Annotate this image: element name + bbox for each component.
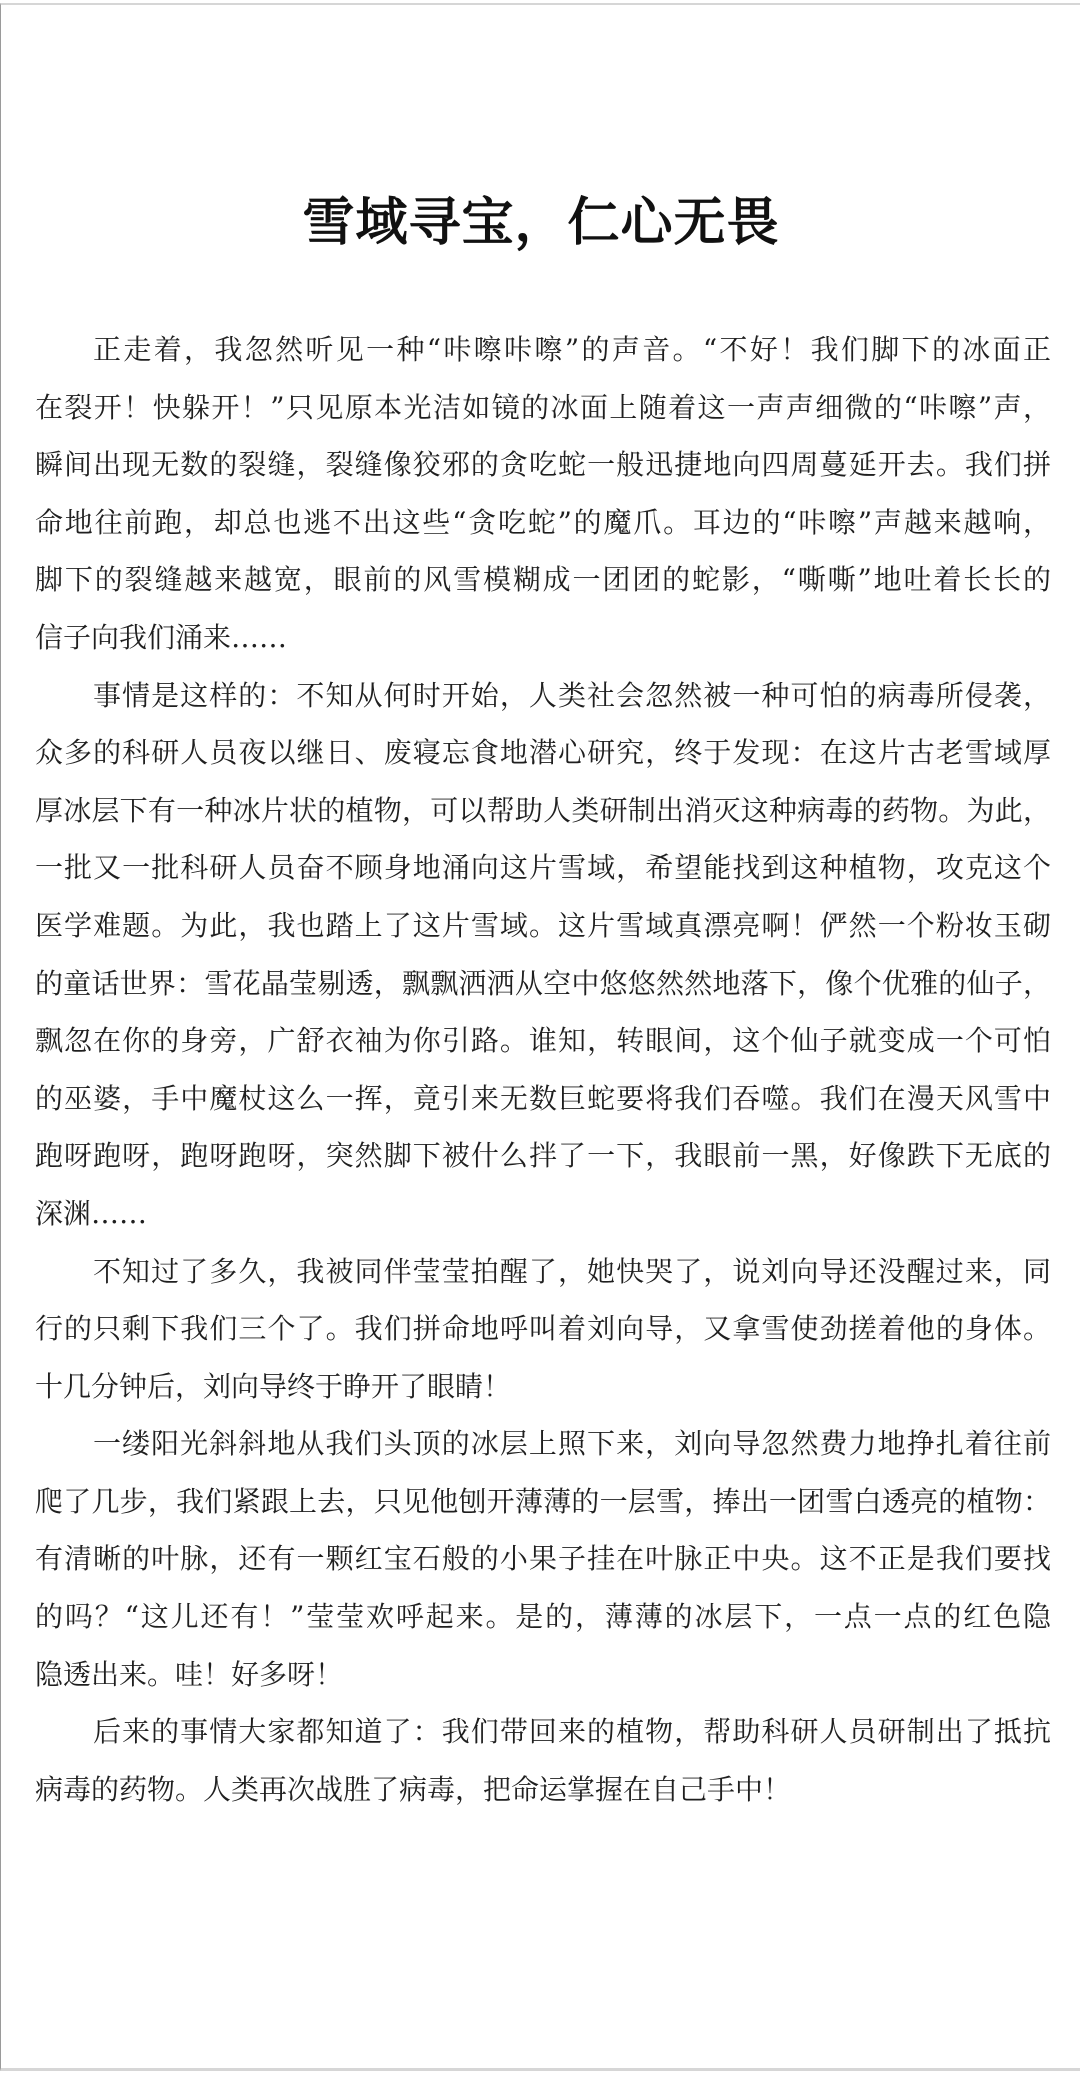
document-body: 正走着，我忽然听见一种“咔嚓咔嚓”的声音。“不好！我们脚下的冰面正 在裂开！快躲…	[35, 321, 1051, 1818]
paragraph-2-line: 的童话世界：雪花晶莹剔透，飘飘洒洒从空中悠悠然然地落下，像个优雅的仙子，	[35, 955, 1051, 1013]
paragraph-4-line: 隐透出来。哇！好多呀！	[35, 1646, 1051, 1704]
paragraph-1-line: 信子向我们涌来……	[35, 609, 1051, 667]
paragraph-1-line: 正走着，我忽然听见一种“咔嚓咔嚓”的声音。“不好！我们脚下的冰面正	[35, 321, 1051, 379]
paragraph-2-line: 事情是这样的：不知从何时开始，人类社会忽然被一种可怕的病毒所侵袭，	[35, 667, 1051, 725]
paragraph-5-line: 后来的事情大家都知道了：我们带回来的植物，帮助科研人员研制出了抵抗	[35, 1703, 1051, 1761]
paragraph-2-line: 跑呀跑呀，跑呀跑呀，突然脚下被什么拌了一下，我眼前一黑，好像跌下无底的	[35, 1127, 1051, 1185]
paragraph-5-line: 病毒的药物。人类再次战胜了病毒，把命运掌握在自己手中！	[35, 1761, 1051, 1819]
document-title: 雪域寻宝，仁心无畏	[1, 191, 1080, 255]
paragraph-2-line: 一批又一批科研人员奋不顾身地涌向这片雪域，希望能找到这种植物，攻克这个	[35, 839, 1051, 897]
paragraph-2-line: 飘忽在你的身旁，广舒衣袖为你引路。谁知，转眼间，这个仙子就变成一个可怕	[35, 1012, 1051, 1070]
paragraph-3-line: 行的只剩下我们三个了。我们拼命地呼叫着刘向导，又拿雪使劲搓着他的身体。	[35, 1300, 1051, 1358]
document-page: 雪域寻宝，仁心无畏 正走着，我忽然听见一种“咔嚓咔嚓”的声音。“不好！我们脚下的…	[0, 3, 1080, 2071]
paragraph-2-line: 的巫婆，手中魔杖这么一挥，竟引来无数巨蛇要将我们吞噬。我们在漫天风雪中	[35, 1070, 1051, 1128]
paragraph-1-line: 脚下的裂缝越来越宽，眼前的风雪模糊成一团团的蛇影，“嘶嘶”地吐着长长的	[35, 551, 1051, 609]
paragraph-1-line: 瞬间出现无数的裂缝，裂缝像狡邪的贪吃蛇一般迅捷地向四周蔓延开去。我们拼	[35, 436, 1051, 494]
paragraph-4-line: 一缕阳光斜斜地从我们头顶的冰层上照下来，刘向导忽然费力地挣扎着往前	[35, 1415, 1051, 1473]
paragraph-4-line: 的吗？“这儿还有！”莹莹欢呼起来。是的，薄薄的冰层下，一点一点的红色隐	[35, 1588, 1051, 1646]
paragraph-1-line: 在裂开！快躲开！”只见原本光洁如镜的冰面上随着这一声声细微的“咔嚓”声，	[35, 379, 1051, 437]
paragraph-2-line: 深渊……	[35, 1185, 1051, 1243]
paragraph-4-line: 爬了几步，我们紧跟上去，只见他刨开薄薄的一层雪，捧出一团雪白透亮的植物：	[35, 1473, 1051, 1531]
paragraph-1-line: 命地往前跑，却总也逃不出这些“贪吃蛇”的魔爪。耳边的“咔嚓”声越来越响，	[35, 494, 1051, 552]
paragraph-3-line: 不知过了多久，我被同伴莹莹拍醒了，她快哭了，说刘向导还没醒过来，同	[35, 1243, 1051, 1301]
paragraph-3-line: 十几分钟后，刘向导终于睁开了眼睛！	[35, 1358, 1051, 1416]
paragraph-2-line: 众多的科研人员夜以继日、废寝忘食地潜心研究，终于发现：在这片古老雪域厚	[35, 724, 1051, 782]
paragraph-2-line: 医学难题。为此，我也踏上了这片雪域。这片雪域真漂亮啊！俨然一个粉妆玉砌	[35, 897, 1051, 955]
paragraph-4-line: 有清晰的叶脉，还有一颗红宝石般的小果子挂在叶脉正中央。这不正是我们要找	[35, 1530, 1051, 1588]
paragraph-2-line: 厚冰层下有一种冰片状的植物，可以帮助人类研制出消灭这种病毒的药物。为此，	[35, 782, 1051, 840]
